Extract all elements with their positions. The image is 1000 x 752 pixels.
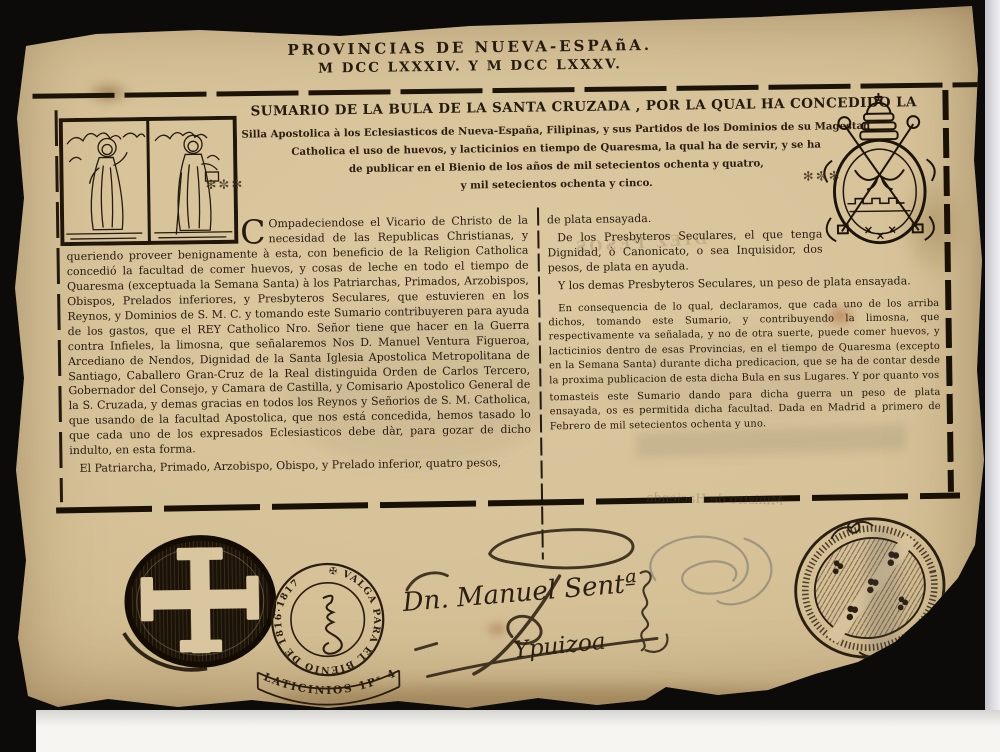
woodcut-wrap-spacer xyxy=(66,218,240,246)
signature-name-1: Dn. Manuel Sentª xyxy=(400,568,638,618)
ornament-left: ✻✼✻ xyxy=(206,178,245,194)
bienio-round-stamp-image: ✠ VALGA PARA EL BIENIO DE 1816·1817 LATI… xyxy=(247,550,409,724)
arms-wrap-spacer xyxy=(822,208,939,262)
document-content: PROVINCIAS DE NUEVA-ESPAñA. M DCC LXXXIV… xyxy=(29,0,975,715)
signature-image: Dn. Manuel Sentª Ypuizoa xyxy=(396,510,688,688)
document-title: SUMARIO DE LA BULA DE LA SANTA CRUZADA ,… xyxy=(250,95,830,119)
paragraph-patriarcha: El Patriarcha, Primado, Arzobispo, Obisp… xyxy=(69,456,531,477)
official-oval-seal-image xyxy=(767,486,973,686)
signature-name-2: Ypuizoa xyxy=(512,628,607,664)
paragraph-consequencia: En consequencia de lo qual, declaramos, … xyxy=(548,297,940,389)
document-header: PROVINCIAS DE NUEVA-ESPAñA. M DCC LXXXIV… xyxy=(30,32,910,80)
scanner-strip-bottom xyxy=(36,710,1000,752)
scanned-document-page: { "colors":{"paper":"#d8c39c","ink":"#24… xyxy=(0,0,1000,752)
drop-cap: C xyxy=(240,217,269,245)
main-text-block: ✻✼✻ ✻✼✻ SUMARIO DE LA BULA DE LA SANTA C… xyxy=(56,90,950,504)
paragraph-presbyteros-demas: Y los demas Presbyteros Seculares, un pe… xyxy=(548,274,939,294)
paragraph-main: Ompadeciendose el Vicario de Christo de … xyxy=(66,214,531,460)
text-columns: C Ompadeciendose el Vicario de Christo d… xyxy=(66,208,942,480)
left-column: C Ompadeciendose el Vicario de Christo d… xyxy=(66,214,540,481)
ornament-right: ✻✼✻ xyxy=(803,169,842,185)
right-column: de plata ensayada. De los Presbyteros Se… xyxy=(537,208,942,474)
paragraph-dada-en-madrid: tomasteis este Sumario dando para dicha … xyxy=(549,386,941,435)
paper-sheet: PROVINCIAS DE NUEVA-ESPAñA. M DCC LXXXIV… xyxy=(0,0,990,714)
scanner-strip-right xyxy=(985,0,1000,752)
